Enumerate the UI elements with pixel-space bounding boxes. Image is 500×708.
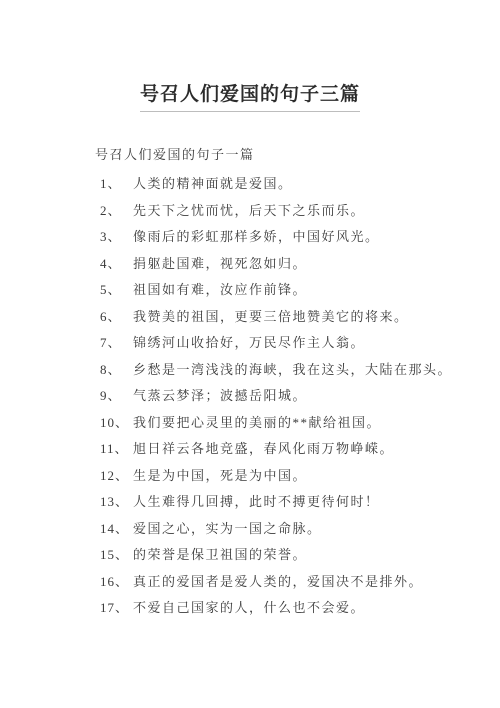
item-number: 16、 <box>100 569 133 596</box>
item-text: 乡愁是一湾浅浅的海峡，我在这头，大陆在那头。 <box>133 362 452 377</box>
item-number: 1、 <box>100 171 133 198</box>
item-number: 3、 <box>100 224 133 251</box>
list-item: 10、我们要把心灵里的美丽的**献给祖国。 <box>0 410 500 437</box>
item-number: 13、 <box>100 489 133 516</box>
item-number: 14、 <box>100 516 133 543</box>
document-page: 号召人们爱国的句子三篇 号召人们爱国的句子一篇 1、人类的精神面就是爱国。 2、… <box>0 0 500 708</box>
item-text: 人类的精神面就是爱国。 <box>133 176 293 191</box>
item-text: 真正的爱国者是爱人类的，爱国决不是排外。 <box>133 574 423 589</box>
item-text: 气蒸云梦泽；波撼岳阳城。 <box>133 388 307 403</box>
list-item: 15、的荣誉是保卫祖国的荣誉。 <box>0 542 500 569</box>
list-item: 12、生是为中国，死是为中国。 <box>0 463 500 490</box>
item-text: 人生难得几回搏，此时不搏更待何时！ <box>133 494 380 509</box>
item-text: 锦绣河山收拾好，万民尽作主人翁。 <box>133 335 365 350</box>
list-item: 11、旭日祥云各地竞盛，春风化雨万物峥嵘。 <box>0 436 500 463</box>
item-number: 12、 <box>100 463 133 490</box>
list-item: 2、先天下之忧而忧，后天下之乐而乐。 <box>0 198 500 225</box>
item-number: 5、 <box>100 277 133 304</box>
list-item: 3、像雨后的彩虹那样多娇，中国好风光。 <box>0 224 500 251</box>
item-number: 15、 <box>100 542 133 569</box>
item-text: 我们要把心灵里的美丽的**献给祖国。 <box>133 415 381 430</box>
list-item: 13、人生难得几回搏，此时不搏更待何时！ <box>0 489 500 516</box>
item-text: 捐躯赴国难，视死忽如归。 <box>133 256 307 271</box>
list-item: 9、气蒸云梦泽；波撼岳阳城。 <box>0 383 500 410</box>
item-number: 8、 <box>100 357 133 384</box>
list-item: 4、捐躯赴国难，视死忽如归。 <box>0 251 500 278</box>
list-item: 14、爱国之心，实为一国之命脉。 <box>0 516 500 543</box>
list-item: 16、真正的爱国者是爱人类的，爱国决不是排外。 <box>0 569 500 596</box>
item-number: 2、 <box>100 198 133 225</box>
item-number: 4、 <box>100 251 133 278</box>
list-item: 8、乡愁是一湾浅浅的海峡，我在这头，大陆在那头。 <box>0 357 500 384</box>
list-item: 7、锦绣河山收拾好，万民尽作主人翁。 <box>0 330 500 357</box>
item-text: 我赞美的祖国，更要三倍地赞美它的将来。 <box>133 309 409 324</box>
list-item: 6、我赞美的祖国，更要三倍地赞美它的将来。 <box>0 304 500 331</box>
item-text: 旭日祥云各地竞盛，春风化雨万物峥嵘。 <box>133 441 394 456</box>
title-row: 号召人们爱国的句子三篇 <box>0 0 500 112</box>
item-text: 祖国如有难，汝应作前锋。 <box>133 282 307 297</box>
item-number: 7、 <box>100 330 133 357</box>
page-title: 号召人们爱国的句子三篇 <box>140 84 360 112</box>
item-text: 生是为中国，死是为中国。 <box>133 468 307 483</box>
item-text: 不爱自己国家的人，什么也不会爱。 <box>133 600 365 615</box>
item-text: 像雨后的彩虹那样多娇，中国好风光。 <box>133 229 380 244</box>
item-number: 9、 <box>100 383 133 410</box>
item-number: 17、 <box>100 595 133 622</box>
list-item: 5、祖国如有难，汝应作前锋。 <box>0 277 500 304</box>
item-number: 6、 <box>100 304 133 331</box>
quote-list: 1、人类的精神面就是爱国。 2、先天下之忧而忧，后天下之乐而乐。 3、像雨后的彩… <box>0 171 500 622</box>
item-text: 的荣誉是保卫祖国的荣誉。 <box>133 547 307 562</box>
item-number: 11、 <box>100 436 133 463</box>
list-item: 17、不爱自己国家的人，什么也不会爱。 <box>0 595 500 622</box>
item-number: 10、 <box>100 410 133 437</box>
item-text: 先天下之忧而忧，后天下之乐而乐。 <box>133 203 365 218</box>
list-item: 1、人类的精神面就是爱国。 <box>0 171 500 198</box>
item-text: 爱国之心，实为一国之命脉。 <box>133 521 322 536</box>
page-subtitle: 号召人们爱国的句子一篇 <box>95 146 500 164</box>
